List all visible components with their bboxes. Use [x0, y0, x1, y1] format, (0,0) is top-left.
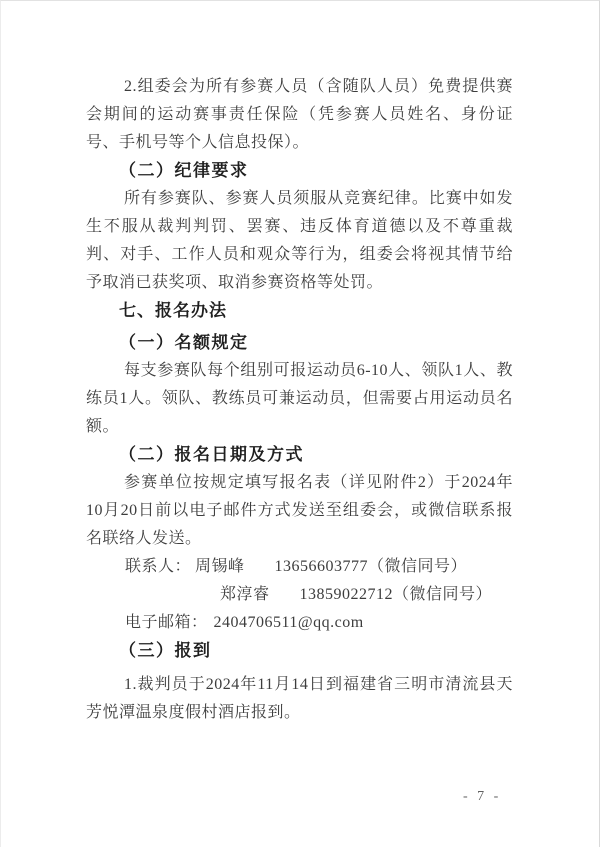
document-content: 2.组委会为所有参赛人员（含随队人员）免费提供赛会期间的运动赛事责任保险（凭参赛… [1, 1, 599, 727]
email-address: 2404706511@qq.com [214, 614, 364, 631]
heading-checkin: （三）报到 [86, 637, 513, 665]
email-label: 电子邮箱： [125, 614, 208, 631]
heading-quota-rules: （一）名额规定 [86, 329, 513, 357]
contact-name-2: 郑淳睿 [220, 586, 270, 603]
paragraph-discipline: 所有参赛队、参赛人员须服从竞赛纪律。比赛中如发生不服从裁判判罚、罢赛、违反体育道… [86, 185, 513, 297]
contact-label: 联系人： [125, 558, 191, 575]
contact-row-2: 郑淳睿13859022712（微信同号） [86, 581, 513, 609]
email-row: 电子邮箱：2404706511@qq.com [86, 609, 513, 637]
heading-registration-date-method: （二）报名日期及方式 [86, 441, 513, 469]
contact-row-1: 联系人：周锡峰13656603777（微信同号） [86, 553, 513, 581]
page-number: - 7 - [463, 787, 501, 807]
heading-discipline-requirements: （二）纪律要求 [86, 157, 513, 185]
paragraph-insurance: 2.组委会为所有参赛人员（含随队人员）免费提供赛会期间的运动赛事责任保险（凭参赛… [86, 73, 513, 157]
paragraph-checkin: 1.裁判员于2024年11月14日到福建省三明市清流县天芳悦潭温泉度假村酒店报到… [86, 671, 513, 727]
contact-phone-2: 13859022712（微信同号） [300, 586, 493, 603]
document-page: 2.组委会为所有参赛人员（含随队人员）免费提供赛会期间的运动赛事责任保险（凭参赛… [0, 0, 600, 847]
contact-phone-1: 13656603777（微信同号） [275, 558, 468, 575]
contact-name-1: 周锡峰 [195, 558, 245, 575]
heading-registration-method: 七、报名办法 [86, 297, 513, 325]
paragraph-quota: 每支参赛队每个组别可报运动员6-10人、领队1人、教练员1人。领队、教练员可兼运… [86, 357, 513, 441]
paragraph-registration-date-method: 参赛单位按规定填写报名表（详见附件2）于2024年10月20日前以电子邮件方式发… [86, 469, 513, 553]
